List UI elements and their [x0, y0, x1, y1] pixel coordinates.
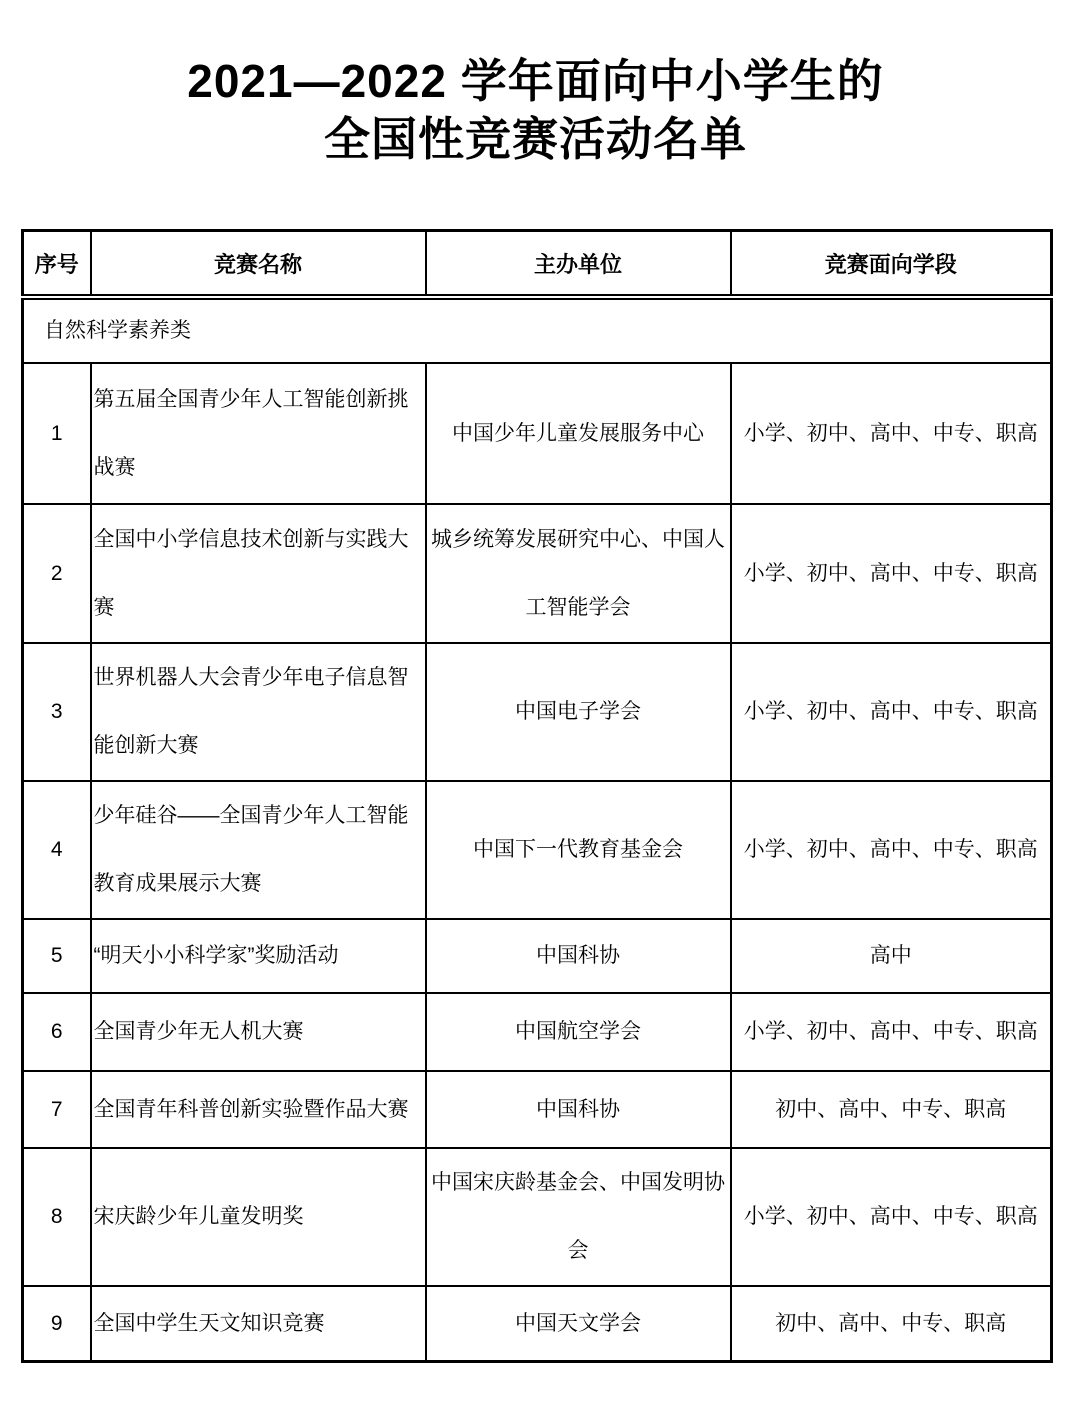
page-title-line-2: 全国性竞赛活动名单	[0, 110, 1071, 168]
competition-name-cell: 世界机器人大会青少年电子信息智能创新大赛	[91, 643, 426, 781]
table-row: 5 “明天小小科学家”奖励活动 中国科协 高中	[23, 919, 1052, 993]
row-number-cell: 5	[23, 919, 91, 993]
document-page: 2021—2022 学年面向中小学生的 全国性竞赛活动名单 序号 竞赛名称 主办…	[0, 0, 1071, 1407]
row-number-cell: 1	[23, 363, 91, 504]
page-title-line-1: 2021—2022 学年面向中小学生的	[0, 52, 1071, 110]
school-stage-cell: 小学、初中、高中、中专、职高	[731, 993, 1052, 1071]
table-row: 3 世界机器人大会青少年电子信息智能创新大赛 中国电子学会 小学、初中、高中、中…	[23, 643, 1052, 781]
school-stage-cell: 初中、高中、中专、职高	[731, 1071, 1052, 1148]
table-row: 6 全国青少年无人机大赛 中国航空学会 小学、初中、高中、中专、职高	[23, 993, 1052, 1071]
organizer-cell: 中国少年儿童发展服务中心	[426, 363, 731, 504]
table-header-row: 序号 竞赛名称 主办单位 竞赛面向学段	[23, 231, 1052, 298]
school-stage-cell: 小学、初中、高中、中专、职高	[731, 781, 1052, 919]
table-row: 4 少年硅谷——全国青少年人工智能教育成果展示大赛 中国下一代教育基金会 小学、…	[23, 781, 1052, 919]
school-stage-cell: 初中、高中、中专、职高	[731, 1286, 1052, 1362]
page-title: 2021—2022 学年面向中小学生的 全国性竞赛活动名单	[0, 52, 1071, 168]
row-number-cell: 6	[23, 993, 91, 1071]
school-stage-cell: 小学、初中、高中、中专、职高	[731, 504, 1052, 643]
row-number-cell: 9	[23, 1286, 91, 1362]
section-row: 自然科学素养类	[23, 297, 1052, 363]
row-number-cell: 2	[23, 504, 91, 643]
school-stage-cell: 小学、初中、高中、中专、职高	[731, 363, 1052, 504]
table-row: 8 宋庆龄少年儿童发明奖 中国宋庆龄基金会、中国发明协会 小学、初中、高中、中专…	[23, 1148, 1052, 1286]
school-stage-cell: 高中	[731, 919, 1052, 993]
competition-name-cell: 全国青少年无人机大赛	[91, 993, 426, 1071]
organizer-cell: 中国电子学会	[426, 643, 731, 781]
school-stage-cell: 小学、初中、高中、中专、职高	[731, 1148, 1052, 1286]
organizer-cell: 中国科协	[426, 1071, 731, 1148]
table-row: 1 第五届全国青少年人工智能创新挑战赛 中国少年儿童发展服务中心 小学、初中、高…	[23, 363, 1052, 504]
organizer-cell: 城乡统筹发展研究中心、中国人工智能学会	[426, 504, 731, 643]
row-number-cell: 7	[23, 1071, 91, 1148]
organizer-cell: 中国下一代教育基金会	[426, 781, 731, 919]
competition-name-cell: 全国中小学信息技术创新与实践大赛	[91, 504, 426, 643]
section-label: 自然科学素养类	[23, 297, 1052, 363]
competition-name-cell: 第五届全国青少年人工智能创新挑战赛	[91, 363, 426, 504]
table-row: 2 全国中小学信息技术创新与实践大赛 城乡统筹发展研究中心、中国人工智能学会 小…	[23, 504, 1052, 643]
column-header-competition-name: 竞赛名称	[91, 231, 426, 298]
school-stage-cell: 小学、初中、高中、中专、职高	[731, 643, 1052, 781]
row-number-cell: 8	[23, 1148, 91, 1286]
table-row: 7 全国青年科普创新实验暨作品大赛 中国科协 初中、高中、中专、职高	[23, 1071, 1052, 1148]
column-header-organizer: 主办单位	[426, 231, 731, 298]
organizer-cell: 中国宋庆龄基金会、中国发明协会	[426, 1148, 731, 1286]
competition-name-cell: “明天小小科学家”奖励活动	[91, 919, 426, 993]
organizer-cell: 中国天文学会	[426, 1286, 731, 1362]
column-header-school-stage: 竞赛面向学段	[731, 231, 1052, 298]
competition-name-cell: 全国青年科普创新实验暨作品大赛	[91, 1071, 426, 1148]
competition-list-table: 序号 竞赛名称 主办单位 竞赛面向学段 自然科学素养类 1 第五届全国青少年人工…	[21, 229, 1053, 1363]
organizer-cell: 中国航空学会	[426, 993, 731, 1071]
table-row: 9 全国中学生天文知识竞赛 中国天文学会 初中、高中、中专、职高	[23, 1286, 1052, 1362]
row-number-cell: 3	[23, 643, 91, 781]
competition-name-cell: 全国中学生天文知识竞赛	[91, 1286, 426, 1362]
competition-name-cell: 宋庆龄少年儿童发明奖	[91, 1148, 426, 1286]
row-number-cell: 4	[23, 781, 91, 919]
column-header-number: 序号	[23, 231, 91, 298]
organizer-cell: 中国科协	[426, 919, 731, 993]
competition-name-cell: 少年硅谷——全国青少年人工智能教育成果展示大赛	[91, 781, 426, 919]
